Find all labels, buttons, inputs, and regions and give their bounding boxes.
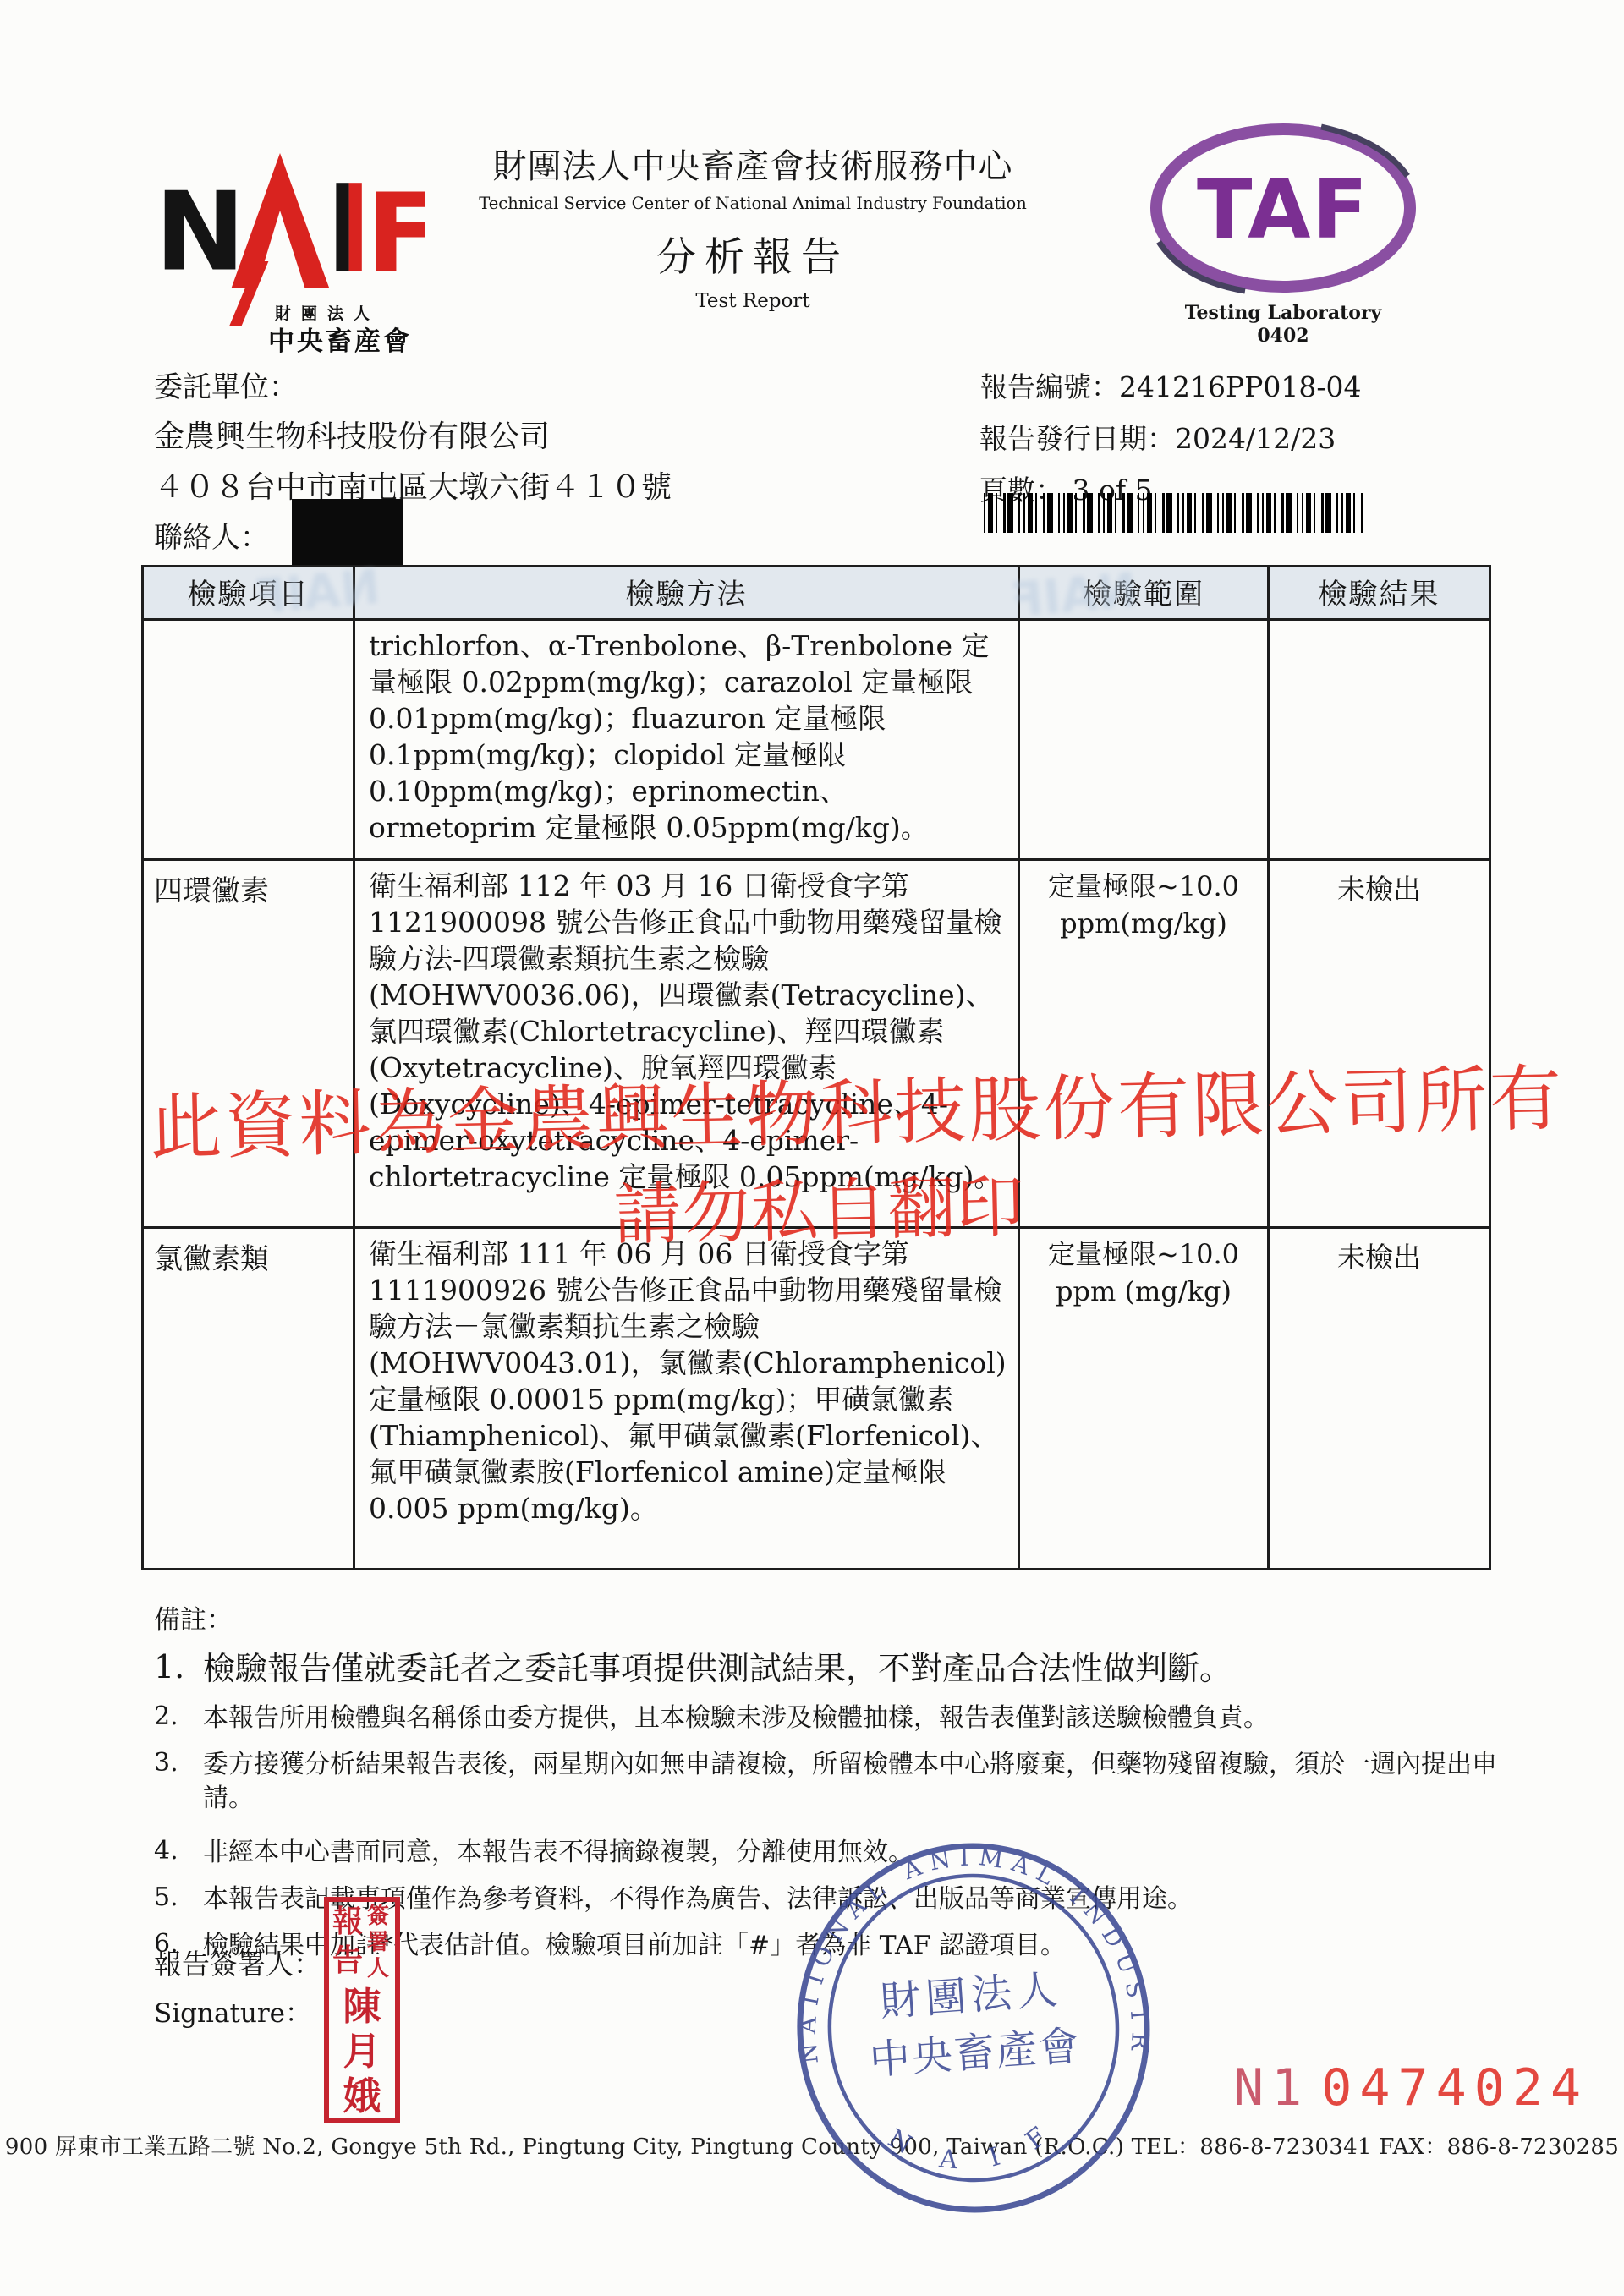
report-number: 報告編號：241216PP018-04 <box>979 365 1362 405</box>
note-item: 2. 本報告所用檢體與名稱係由委方提供，且本檢驗未涉及檢體抽樣，報告表僅對該送驗… <box>154 1701 1516 1735</box>
org-subtitle: Technical Service Center of National Ani… <box>469 194 1036 213</box>
note-text: 檢驗報告僅就委託者之委託事項提供測試結果，不對產品合法性做判斷。 <box>203 1648 1516 1689</box>
col-header-range: 檢驗範圍 <box>1019 567 1269 620</box>
signatory-seal-stamp: 報告 簽署人 陳月娥 <box>324 1897 400 2123</box>
seal-title-right-column: 簽署人 <box>364 1904 392 1982</box>
doc-subtitle: Test Report <box>469 290 1036 312</box>
svg-text:N A I F: N A I F <box>881 2112 1066 2183</box>
cell-item: 四環黴素 <box>143 860 354 1228</box>
contact-label: 聯絡人： <box>154 514 672 556</box>
table-row: trichlorfon、α-Trenbolone、β-Trenbolone 定量… <box>143 620 1490 860</box>
barcode <box>984 493 1364 533</box>
taf-logo: TAF Testing Laboratory 0402 <box>1144 123 1423 347</box>
table-row: 氯黴素類 衛生福利部 111 年 06 月 06 日衛授食字第 11119009… <box>143 1228 1490 1570</box>
results-table: 檢驗項目 檢驗方法 檢驗範圍 檢驗結果 trichlorfon、α-Trenbo… <box>141 565 1491 1570</box>
org-title: 財團法人中央畜產會技術服務中心 <box>469 140 1036 188</box>
stamp-bottom-text: N A I F <box>881 2112 1066 2183</box>
col-header-result: 檢驗結果 <box>1269 567 1490 620</box>
taf-letters: TAF <box>1197 162 1369 257</box>
taf-accreditation-number: 0402 <box>1144 325 1423 347</box>
table-header-row: 檢驗項目 檢驗方法 檢驗範圍 檢驗結果 <box>143 567 1490 620</box>
naif-logo: N F 財團法人 中央畜産會 <box>155 134 425 352</box>
cell-item: 氯黴素類 <box>143 1228 354 1570</box>
note-number: 3. <box>154 1748 203 1816</box>
cell-range <box>1019 620 1269 860</box>
naif-letter-a-shape <box>231 153 329 288</box>
note-number: 4. <box>154 1836 203 1870</box>
cell-result: 未檢出 <box>1269 860 1490 1228</box>
serial-prefix: N1 <box>1233 2058 1309 2118</box>
note-number: 5. <box>154 1882 203 1916</box>
seal-title: 報告 簽署人 <box>329 1902 395 1982</box>
cell-method: trichlorfon、α-Trenbolone、β-Trenbolone 定量… <box>354 620 1019 860</box>
cell-result: 未檢出 <box>1269 1228 1490 1570</box>
note-text: 委方接獲分析結果報告表後，兩星期內如無申請複檢，所留檢體本中心將廢棄，但藥物殘留… <box>203 1748 1516 1816</box>
taf-logo-graphic: TAF <box>1144 123 1423 297</box>
client-name: 金農興生物科技股份有限公司 <box>154 413 672 456</box>
stamp-inner-line-2: 中央畜產會 <box>868 2022 1082 2084</box>
taf-label: Testing Laboratory <box>1144 302 1423 324</box>
foundation-round-stamp: NATIONAL ANIMAL INDUSTRY FOUNDATION N A … <box>769 1821 1177 2237</box>
note-number: 2. <box>154 1701 203 1735</box>
serial-number-stamp: N10474024 <box>1233 2058 1588 2118</box>
seal-title-left-column: 報告 <box>332 1902 364 1982</box>
cell-method: 衛生福利部 112 年 03 月 16 日衛授食字第 1121900098 號公… <box>354 860 1019 1228</box>
seal-signatory-name: 陳月娥 <box>341 1984 383 2118</box>
test-report-page: NAIF NAIF N F 財團法人 中央畜産會 財團法人中央畜產會技術服務中心… <box>0 0 1624 2296</box>
issue-date: 報告發行日期：2024/12/23 <box>979 417 1362 457</box>
cell-item <box>143 620 354 860</box>
cell-range: 定量極限~10.0 ppm (mg/kg) <box>1019 1228 1269 1570</box>
client-label: 委託單位： <box>154 364 672 405</box>
doc-title: 分析報告 <box>469 226 1036 282</box>
serial-digits: 0474024 <box>1321 2058 1588 2118</box>
cell-method: 衛生福利部 111 年 06 月 06 日衛授食字第 1111900926 號公… <box>354 1228 1019 1570</box>
signatory-label-zh: 報告簽署人： <box>154 1943 321 1982</box>
client-address: ４０８台中市南屯區大墩六街４１０號 <box>154 463 672 507</box>
note-text: 本報告所用檢體與名稱係由委方提供，且本檢驗未涉及檢體抽樣，報告表僅對該送驗檢體負… <box>203 1701 1516 1735</box>
table-row: 四環黴素 衛生福利部 112 年 03 月 16 日衛授食字第 11219000… <box>143 860 1490 1228</box>
notes-title: 備註： <box>154 1598 1516 1636</box>
col-header-item: 檢驗項目 <box>143 567 354 620</box>
naif-letter-i-black <box>336 183 348 271</box>
col-header-method: 檢驗方法 <box>354 567 1019 620</box>
note-number: 1. <box>154 1648 203 1689</box>
naif-letter-f: F <box>366 171 425 297</box>
stamp-inner-line-1: 財團法人 <box>879 1966 1064 2026</box>
note-item: 1. 檢驗報告僅就委託者之委託事項提供測試結果，不對產品合法性做判斷。 <box>154 1648 1516 1689</box>
cell-range: 定量極限~10.0 ppm(mg/kg) <box>1019 860 1269 1228</box>
naif-letter-n: N <box>155 170 245 296</box>
naif-logo-subtext-2: 中央畜産會 <box>268 320 412 358</box>
foundation-stamp-graphic: NATIONAL ANIMAL INDUSTRY FOUNDATION N A … <box>769 1821 1177 2237</box>
redaction-box <box>292 499 403 567</box>
note-item: 3. 委方接獲分析結果報告表後，兩星期內如無申請複檢，所留檢體本中心將廢棄，但藥… <box>154 1748 1516 1816</box>
naif-letter-i-red <box>349 183 362 271</box>
title-block: 財團法人中央畜產會技術服務中心 Technical Service Center… <box>469 140 1036 312</box>
signatory-label-en: Signature： <box>154 1992 311 2030</box>
cell-result <box>1269 620 1490 860</box>
